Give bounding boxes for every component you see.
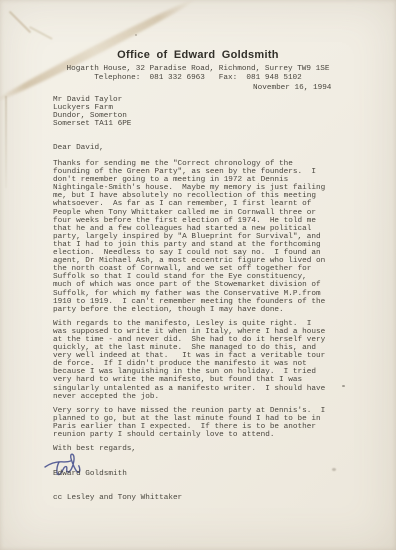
paragraph-1: Thanks for sending me the "Correct chron… [53,160,338,314]
paper-fold-line [5,96,7,188]
letterhead-address: Hogarth House, 32 Paradise Road, Richmon… [0,65,396,73]
letter-page: Office of Edward Goldsmith Hogarth House… [0,0,396,550]
sender-name: Edward Goldsmith [53,470,127,478]
paper-speck [135,34,137,36]
paper-scratch [29,26,53,40]
salutation: Dear David, [53,144,104,152]
closing-line: With best regards, [53,445,338,453]
recipient-address: Mr David Taylor Luckyers Farm Dundor, So… [53,96,131,128]
paper-speck [342,385,345,387]
letterhead-title: Office of Edward Goldsmith [0,49,396,62]
cc-line: cc Lesley and Tony Whittaker [53,494,338,502]
paragraph-3: Very sorry to have missed the reunion pa… [53,407,338,439]
letter-body: Thanks for sending me the "Correct chron… [53,160,338,502]
signature-block: Edward Goldsmith [53,453,338,489]
letterhead-contact: Telephone: 081 332 6963 Fax: 081 948 510… [0,74,396,82]
paragraph-2: With regards to the manifesto, Lesley is… [53,320,338,401]
letter-date: November 16, 1994 [253,84,331,92]
paper-scratch [9,11,32,34]
letterhead: Office of Edward Goldsmith Hogarth House… [0,49,396,82]
